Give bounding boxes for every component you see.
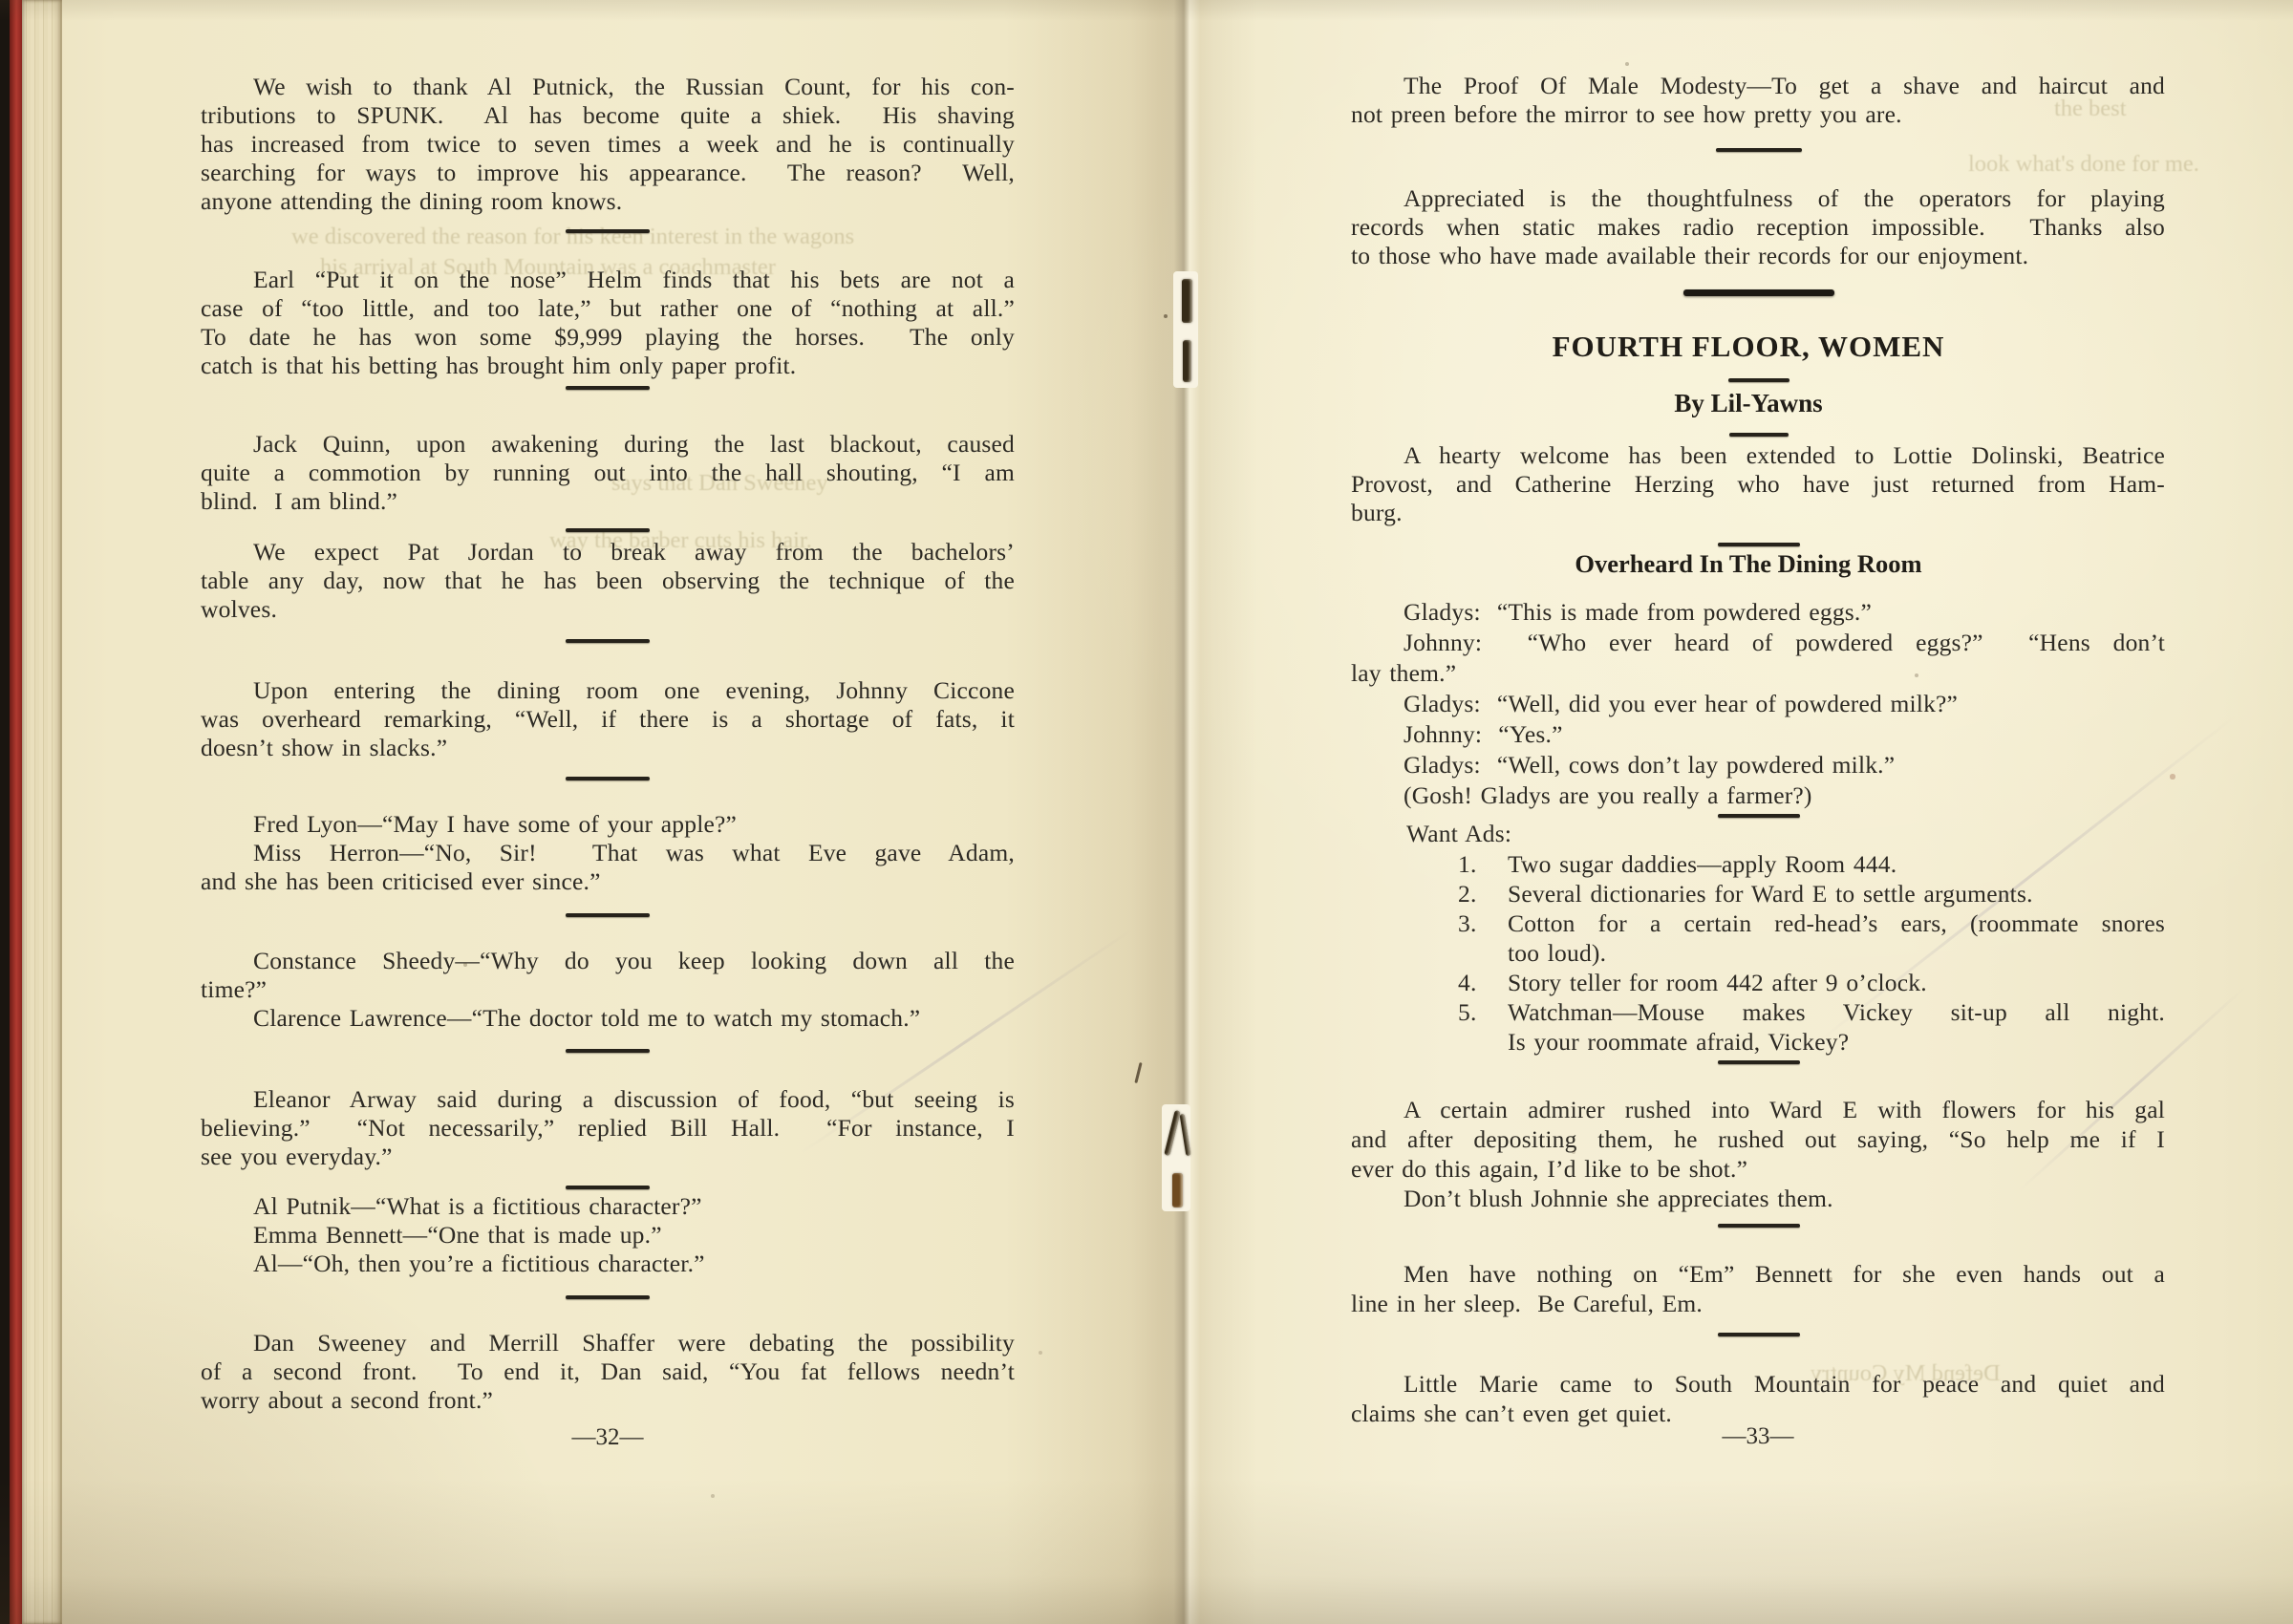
text-line: time?” (201, 975, 1015, 1004)
want-ads-label: Want Ads: (1351, 819, 2165, 848)
divider-rule (1718, 1060, 1800, 1064)
divider-rule (566, 777, 650, 780)
text-line: Gladys: “Well, did you ever hear of powd… (1351, 689, 2165, 719)
text-line: Don’t blush Johnnie she appreciates them… (1351, 1184, 2165, 1213)
paragraph: Dan Sweeney and Merrill Shaffer were deb… (201, 1329, 1015, 1415)
text-line: was overheard remarking, “Well, if there… (201, 705, 1015, 734)
text-line: wolves. (201, 595, 1015, 624)
divider-rule (566, 1049, 650, 1053)
text-line: Jack Quinn, upon awakening during the la… (201, 430, 1015, 459)
want-ad-text: Two sugar daddies—apply Room 444. (1508, 849, 2165, 879)
divider-rule (566, 229, 650, 233)
text-line: Little Marie came to South Mountain for … (1351, 1369, 2165, 1399)
text-line: case of “too little, and too late,” but … (201, 294, 1015, 323)
text-line: Dan Sweeney and Merrill Shaffer were deb… (201, 1329, 1015, 1357)
text-line: To date he has won some $9,999 playing t… (201, 323, 1015, 352)
text-line: Clarence Lawrence—“The doctor told me to… (201, 1004, 1015, 1033)
text-line: worry about a second front.” (201, 1386, 1015, 1415)
book-cover-red-edge (10, 0, 22, 1624)
text-line: quite a commotion by running out into th… (201, 459, 1015, 487)
want-ad-number: 2. (1458, 879, 1477, 908)
text-line: of a second front. To end it, Dan said, … (201, 1357, 1015, 1386)
text-line: and she has been criticised ever since.” (201, 867, 1015, 896)
text-line: Provost, and Catherine Herzing who have … (1351, 470, 2165, 499)
text-line: A certain admirer rushed into Ward E wit… (1351, 1095, 2165, 1124)
want-ad-number: 4. (1458, 968, 1477, 997)
text-line: lay them.” (1351, 658, 2165, 689)
section-title: FOURTH FLOOR, WOMEN (1341, 330, 2155, 364)
scan-edge-strip (0, 0, 10, 1624)
text-line: Johnny: “Who ever heard of powdered eggs… (1351, 628, 2165, 658)
paragraph: Constance Sheedy—“Why do you keep lookin… (201, 947, 1015, 1033)
want-ads-heading: Want Ads: (1351, 819, 2165, 848)
staple-icon (1183, 340, 1191, 382)
divider-rule (1718, 1333, 1800, 1336)
text-line: Two sugar daddies—apply Room 444. (1508, 849, 2165, 879)
divider-rule (1718, 543, 1800, 546)
divider-rule (566, 528, 650, 532)
text-line: We wish to thank Al Putnick, the Russian… (201, 73, 1015, 101)
dialogue-block: Gladys: “This is made from powdered eggs… (1351, 597, 2165, 811)
divider-rule (566, 1186, 650, 1189)
paragraph: Little Marie came to South Mountain for … (1351, 1369, 2165, 1428)
text-line: see you everyday.” (201, 1143, 1015, 1171)
want-ad-item: 5. Watchman—Mouse makes Vickey sit-up al… (1351, 997, 2165, 1057)
paragraph: We wish to thank Al Putnick, the Russian… (201, 73, 1015, 216)
ink-mark (1134, 1062, 1142, 1083)
paragraph: Eleanor Arway said during a discussion o… (201, 1085, 1015, 1171)
want-ad-number: 1. (1458, 849, 1477, 879)
text-line: tributions to SPUNK. Al has become quite… (201, 101, 1015, 130)
text-line: A hearty welcome has been extended to Lo… (1351, 441, 2165, 470)
paragraph: We expect Pat Jordan to break away from … (201, 538, 1015, 624)
paragraph: A hearty welcome has been extended to Lo… (1351, 441, 2165, 527)
text-line: Emma Bennett—“One that is made up.” (201, 1221, 1015, 1250)
text-line: Appreciated is the thoughtfulness of the… (1351, 184, 2165, 213)
divider-rule (1716, 148, 1802, 152)
paragraph: Fred Lyon—“May I have some of your apple… (201, 810, 1015, 896)
want-ad-text: Several dictionaries for Ward E to settl… (1508, 879, 2165, 908)
text-line: Al Putnik—“What is a fictitious characte… (201, 1192, 1015, 1221)
heading-rule (1728, 378, 1789, 382)
text-line: ever do this again, I’d like to be shot.… (1351, 1154, 2165, 1184)
text-line: table any day, now that he has been obse… (201, 566, 1015, 595)
page-number-right: —33— (1351, 1423, 2165, 1450)
want-ad-item: 1. Two sugar daddies—apply Room 444. (1351, 849, 2165, 879)
paragraph: A certain admirer rushed into Ward E wit… (1351, 1095, 2165, 1213)
byline: By Lil-Yawns (1341, 389, 2155, 418)
want-ad-number: 5. (1458, 997, 1477, 1027)
text-line: too loud). (1508, 938, 2165, 968)
text-line: Constance Sheedy—“Why do you keep lookin… (201, 947, 1015, 975)
text-line: Men have nothing on “Em” Bennett for she… (1351, 1259, 2165, 1289)
text-line: (Gosh! Gladys are you really a farmer?) (1351, 780, 2165, 811)
text-line: Gladys: “Well, cows don’t lay powdered m… (1351, 750, 2165, 780)
text-line: Gladys: “This is made from powdered eggs… (1351, 597, 2165, 628)
divider-rule (566, 386, 650, 390)
heading-rule (1729, 433, 1789, 437)
subheading: Overheard In The Dining Room (1341, 549, 2155, 579)
text-line: Miss Herron—“No, Sir! That was what Eve … (201, 839, 1015, 867)
text-line: The Proof Of Male Modesty—To get a shave… (1351, 72, 2165, 100)
page-number-left: —32— (201, 1424, 1015, 1451)
text-line: Al—“Oh, then you’re a fictitious charact… (201, 1250, 1015, 1278)
paragraph: Earl “Put it on the nose” Helm finds tha… (201, 266, 1015, 380)
paragraph: The Proof Of Male Modesty—To get a shave… (1351, 72, 2165, 129)
text-line: Eleanor Arway said during a discussion o… (201, 1085, 1015, 1114)
want-ad-text: Story teller for room 442 after 9 o’cloc… (1508, 968, 2165, 997)
text-line: Several dictionaries for Ward E to settl… (1508, 879, 2165, 908)
text-line: Is your roommate afraid, Vickey? (1508, 1027, 2165, 1057)
want-ad-text: Watchman—Mouse makes Vickey sit-up all n… (1508, 997, 2165, 1057)
divider-rule (1718, 1224, 1800, 1228)
paragraph: Jack Quinn, upon awakening during the la… (201, 430, 1015, 516)
page-edge-stack (22, 0, 62, 1624)
divider-rule (566, 1295, 650, 1299)
showthrough-text: look what's done for me. (1968, 151, 2199, 178)
text-line: doesn’t show in slacks.” (201, 734, 1015, 762)
text-line: We expect Pat Jordan to break away from … (201, 538, 1015, 566)
want-ad-item: 2. Several dictionaries for Ward E to se… (1351, 879, 2165, 908)
text-line: Cotton for a certain red-head’s ears, (r… (1508, 908, 2165, 938)
paper-speckles (0, 0, 2, 2)
text-line: line in her sleep. Be Careful, Em. (1351, 1289, 2165, 1318)
text-line: Johnny: “Yes.” (1351, 719, 2165, 750)
paragraph: Men have nothing on “Em” Bennett for she… (1351, 1259, 2165, 1318)
paragraph: Appreciated is the thoughtfulness of the… (1351, 184, 2165, 270)
text-line: believing.” “Not necessarily,” replied B… (201, 1114, 1015, 1143)
divider-rule (566, 913, 650, 917)
text-line: blind. I am blind.” (201, 487, 1015, 516)
text-line: records when static makes radio receptio… (1351, 213, 2165, 242)
text-line: catch is that his betting has brought hi… (201, 352, 1015, 380)
text-line: has increased from twice to seven times … (201, 130, 1015, 159)
text-line: Watchman—Mouse makes Vickey sit-up all n… (1508, 997, 2165, 1027)
divider-rule (566, 639, 650, 643)
paragraph: Upon entering the dining room one evenin… (201, 676, 1015, 762)
book-scan: we discovered the reason for his keen in… (0, 0, 2293, 1624)
paragraph: Al Putnik—“What is a fictitious characte… (201, 1192, 1015, 1278)
want-ads-list: 1. Two sugar daddies—apply Room 444. 2. … (1351, 849, 2165, 1057)
want-ad-number: 3. (1458, 908, 1477, 938)
gutter-shadow (1003, 0, 1338, 1624)
staple-icon (1172, 1173, 1183, 1207)
want-ad-text: Cotton for a certain red-head’s ears, (r… (1508, 908, 2165, 968)
text-line: Fred Lyon—“May I have some of your apple… (201, 810, 1015, 839)
text-line: anyone attending the dining room knows. (201, 187, 1015, 216)
section-divider-thick-rule (1683, 289, 1834, 296)
divider-rule (1718, 814, 1800, 818)
text-line: and after depositing them, he rushed out… (1351, 1124, 2165, 1154)
text-line: searching for ways to improve his appear… (201, 159, 1015, 187)
text-line: Earl “Put it on the nose” Helm finds tha… (201, 266, 1015, 294)
showthrough-text: we discovered the reason for his keen in… (291, 224, 854, 250)
text-line: burg. (1351, 499, 2165, 527)
text-line: not preen before the mirror to see how p… (1351, 100, 2165, 129)
text-line: to those who have made available their r… (1351, 242, 2165, 270)
want-ad-item: 4. Story teller for room 442 after 9 o’c… (1351, 968, 2165, 997)
staple-icon (1182, 279, 1192, 323)
text-line: Story teller for room 442 after 9 o’cloc… (1508, 968, 2165, 997)
want-ad-item: 3. Cotton for a certain red-head’s ears,… (1351, 908, 2165, 968)
text-line: Upon entering the dining room one evenin… (201, 676, 1015, 705)
